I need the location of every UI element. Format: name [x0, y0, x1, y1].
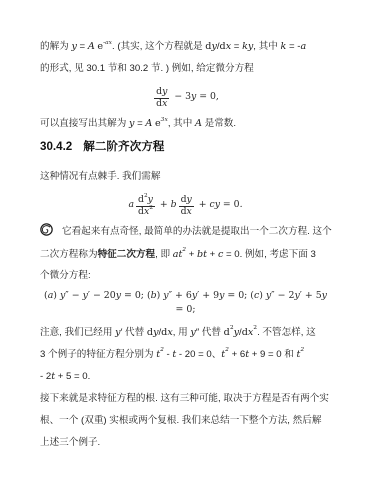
textbook-page: 的解为 y = A e-ax. (其实, 这个方程就是 dy/dx = ky, … — [0, 0, 370, 480]
paragraph-intro: 的解为 y = A e-ax. (其实, 这个方程就是 dy/dx = ky, … — [40, 36, 331, 80]
text-line: 这种情况有点棘手. 我们需解 — [40, 166, 331, 188]
text-line: 个微分方程: — [40, 265, 331, 286]
text-line: 可以直接写出其解为 y = A e3x, 其中 A 是常数. — [40, 113, 331, 135]
text-line: 接下来就是求特征方程的根. 这有三种可能, 取决于方程是否有两个实 — [40, 388, 331, 410]
text-line-content: 它看起来有点奇怪, 最简单的办法就是提取出一个二次方程. 这个 — [62, 226, 332, 237]
fraction: d2ydx2 — [136, 195, 155, 217]
text-line: 上述三个例子. — [40, 432, 331, 454]
text-line: 的解为 y = A e-ax. (其实, 这个方程就是 dy/dx = ky, … — [40, 36, 331, 58]
text-line: 根、一个 (双重) 实根或两个复根. 我们来总结一下整个方法, 然后解 — [40, 410, 331, 432]
paragraph-characteristic: 它看起来有点奇怪, 最简单的办法就是提取出一个二次方程. 这个 二次方程称为特征… — [40, 221, 331, 286]
paragraph-roots: 接下来就是求特征方程的根. 这有三种可能, 取决于方程是否有两个实 根、一个 (… — [40, 388, 331, 454]
text-line: 它看起来有点奇怪, 最简单的办法就是提取出一个二次方程. 这个 — [40, 221, 331, 244]
text-line: 3 个例子的特征方程分别为 t2 - t - 20 = 0、t2 + 6t + … — [40, 344, 331, 366]
spiral-icon — [40, 223, 53, 244]
section-title: 解二阶齐次方程 — [83, 140, 164, 153]
section-number: 30.4.2 — [40, 140, 72, 153]
paragraph-lead-in: 这种情况有点棘手. 我们需解 — [40, 166, 331, 188]
fraction: dydx — [154, 87, 169, 109]
equation-first-order: dydx − 3y = 0, — [40, 87, 331, 109]
fraction: dydx — [179, 195, 194, 217]
paragraph-note: 注意, 我们已经用 y′ 代替 dy/dx, 用 y″ 代替 d2y/dx2. … — [40, 322, 331, 388]
equation-second-order: ad2ydx2 + bdydx + cy = 0. — [40, 195, 331, 217]
text-line: 二次方程称为特征二次方程, 即 at2 + bt + c = 0. 例如, 考虑… — [40, 244, 331, 265]
equation-examples-abc: (a) y″ − y′ − 20y = 0; (b) y″ + 6y′ + 9y… — [40, 289, 331, 317]
paragraph-solution: 可以直接写出其解为 y = A e3x, 其中 A 是常数. — [40, 113, 331, 135]
text-line: - 2t + 5 = 0. — [40, 366, 331, 388]
section-heading: 30.4.2解二阶齐次方程 — [40, 139, 331, 155]
text-line: 注意, 我们已经用 y′ 代替 dy/dx, 用 y″ 代替 d2y/dx2. … — [40, 322, 331, 344]
text-line: 的形式, 见 30.1 节和 30.2 节. ) 例如, 给定微分方程 — [40, 58, 331, 80]
